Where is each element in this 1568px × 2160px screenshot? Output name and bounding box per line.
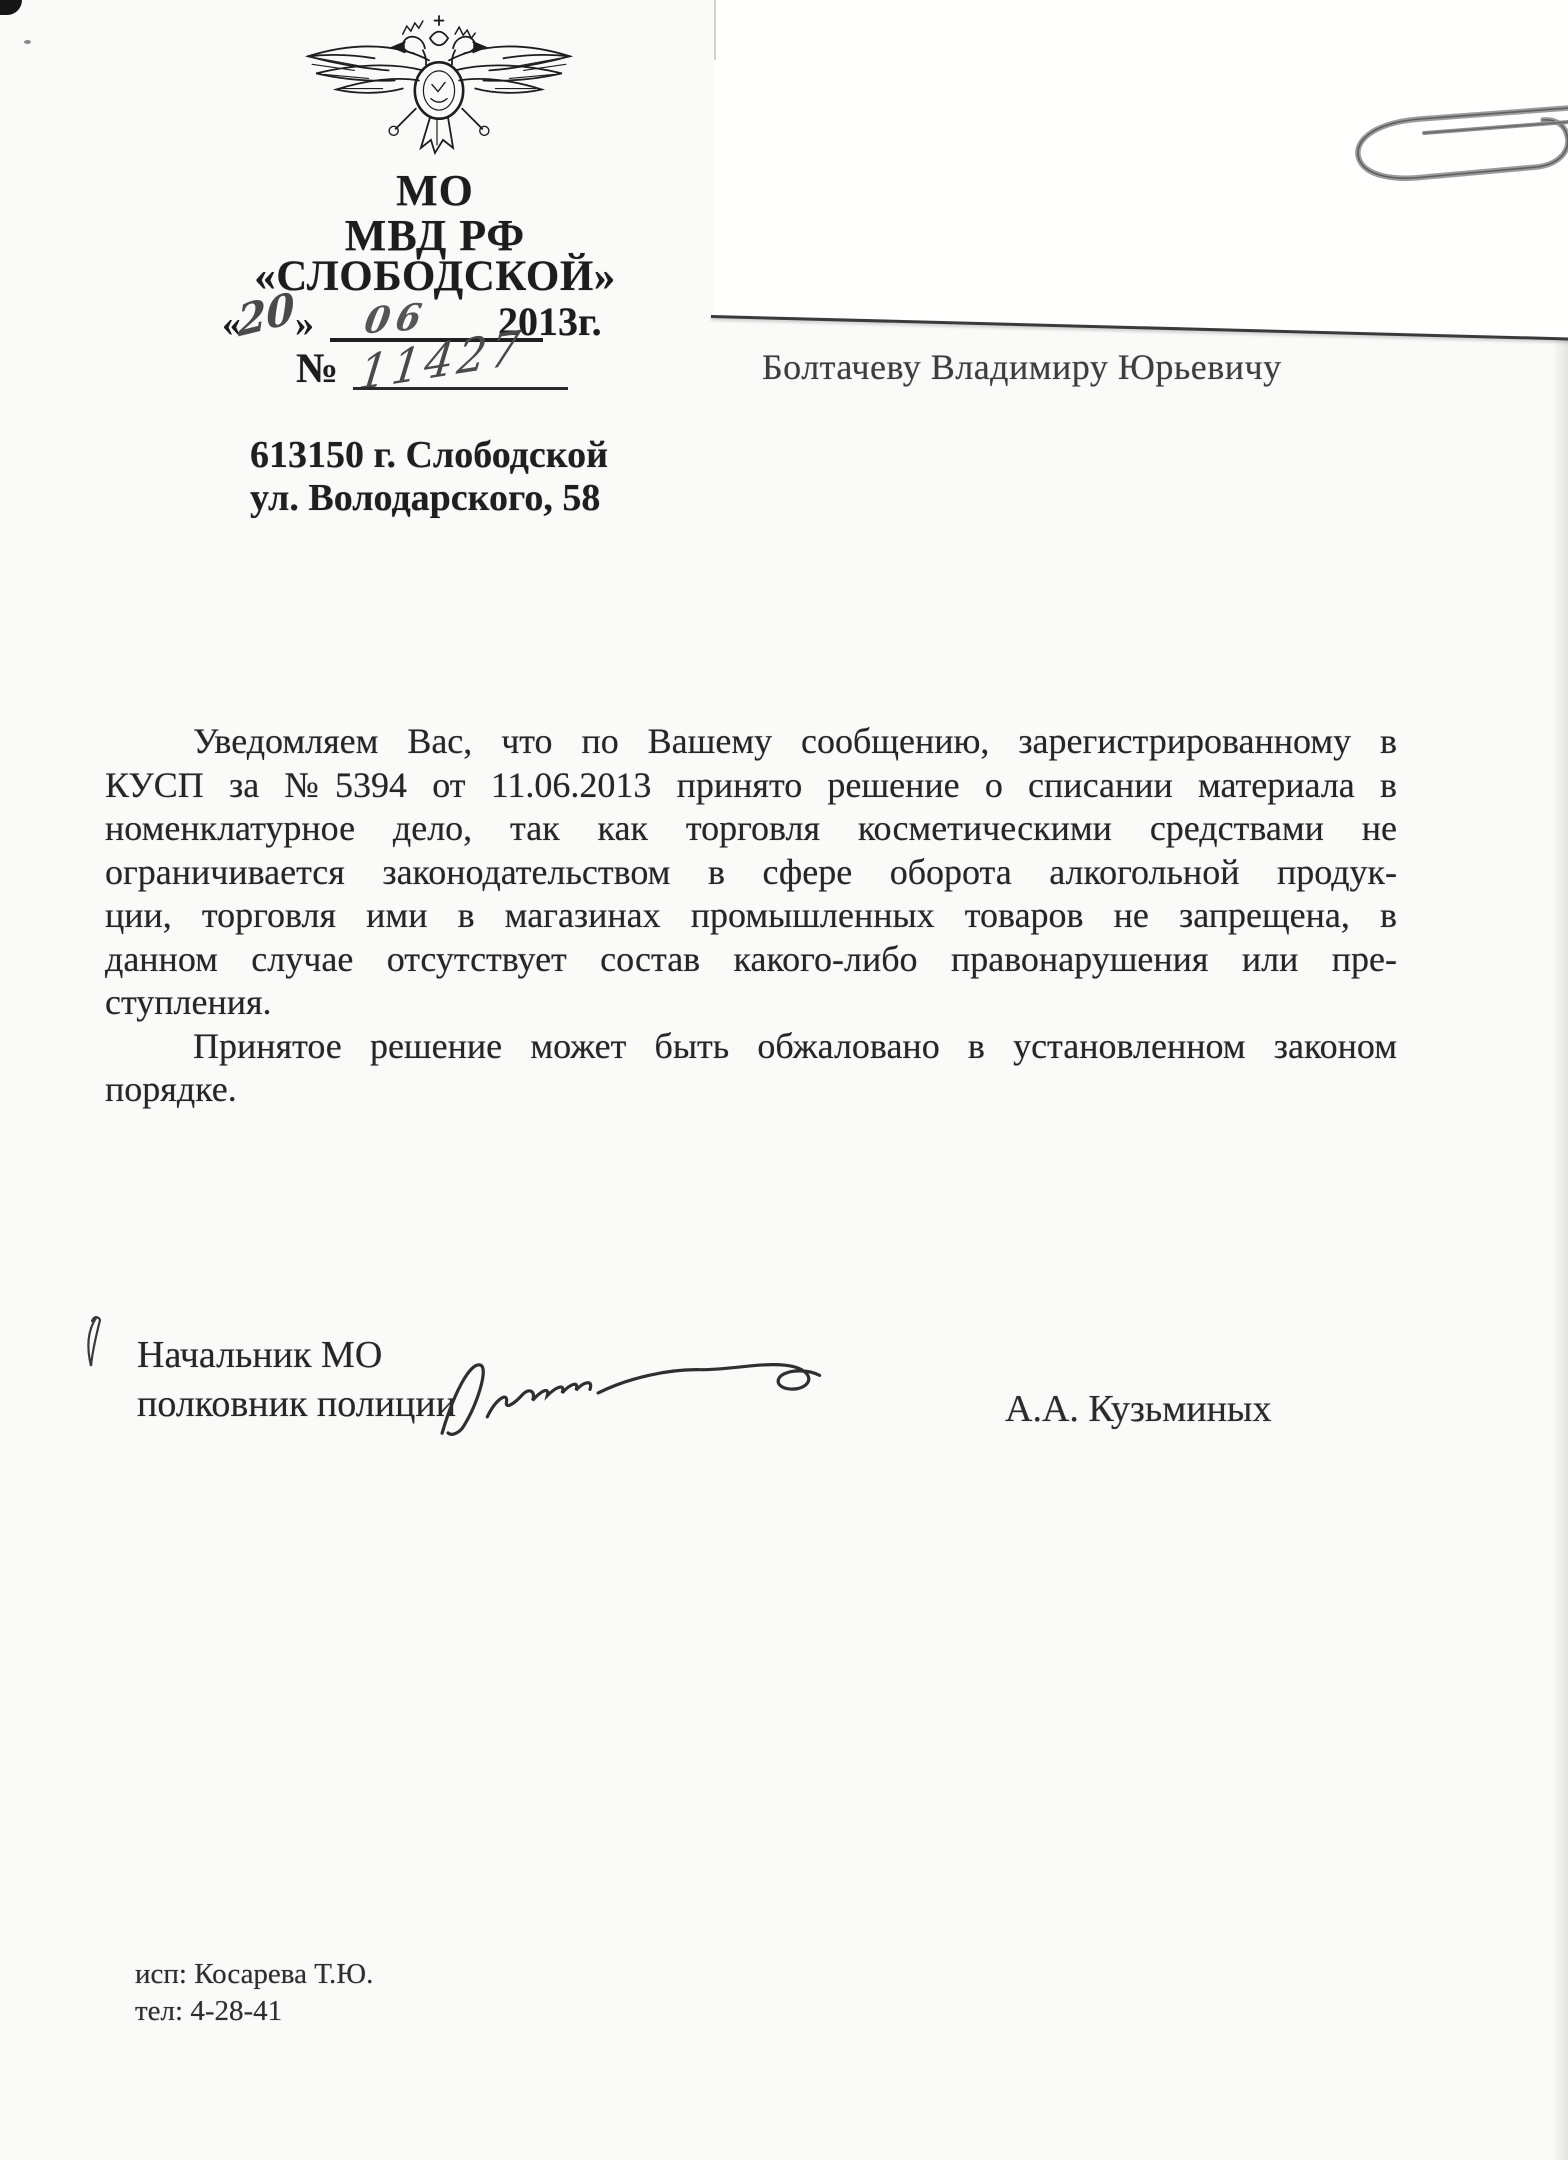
scan-edge-shade <box>1552 339 1568 2160</box>
number-line: № 11427 <box>296 341 596 393</box>
body-line: ступления. <box>105 981 1397 1025</box>
number-sign: № <box>296 345 338 393</box>
scanned-letter-page: МО МВД РФ «СЛОБОДСКОЙ» « 20 » 06 2013г. … <box>0 0 1568 2160</box>
body-line: Уведомляем Вас, что по Вашему сообщению,… <box>105 720 1397 764</box>
body-line: данном случае отсутствует состав какого-… <box>105 938 1397 982</box>
org-name-line3: «СЛОБОДСКОЙ» <box>150 252 720 301</box>
scan-corner-blot <box>0 0 22 15</box>
signer-name: А.А. Кузьминых <box>1005 1387 1271 1431</box>
org-name-line1: МО <box>150 165 720 216</box>
phone-line: тел: 4-28-41 <box>135 1995 282 2028</box>
body-line: порядке. <box>105 1068 1397 1112</box>
mvd-double-headed-eagle-icon <box>298 12 580 157</box>
close-quote: » <box>295 302 314 346</box>
body-line: КУСП за №5394 от 11.06.2013 принято реше… <box>105 764 1397 808</box>
card-left-edge <box>714 0 716 60</box>
handwritten-margin-mark <box>80 1314 110 1372</box>
signer-position-line1: Начальник МО <box>137 1333 382 1377</box>
signer-position-line2: полковник полиции <box>137 1382 456 1426</box>
paperclip-icon <box>1328 96 1568 201</box>
addressee: Болтачеву Владимиру Юрьевичу <box>762 346 1282 388</box>
body-line: номенклатурное дело, так как торговля ко… <box>105 807 1397 851</box>
body-line: ции, торговля ими в магазинах промышленн… <box>105 894 1397 938</box>
scan-speck <box>24 40 31 44</box>
body-line: ограничивается законодательством в сфере… <box>105 851 1397 895</box>
executor-line: исп: Косарева Т.Ю. <box>135 1958 373 1991</box>
handwritten-signature <box>418 1326 893 1450</box>
letter-body: Уведомляем Вас, что по Вашему сообщению,… <box>105 720 1397 1112</box>
body-line: Принятое решение может быть обжаловано в… <box>105 1025 1397 1069</box>
number-underline <box>353 387 568 390</box>
sender-address-line1: 613150 г. Слободской <box>250 433 608 477</box>
sender-address-line2: ул. Володарского, 58 <box>250 476 600 520</box>
